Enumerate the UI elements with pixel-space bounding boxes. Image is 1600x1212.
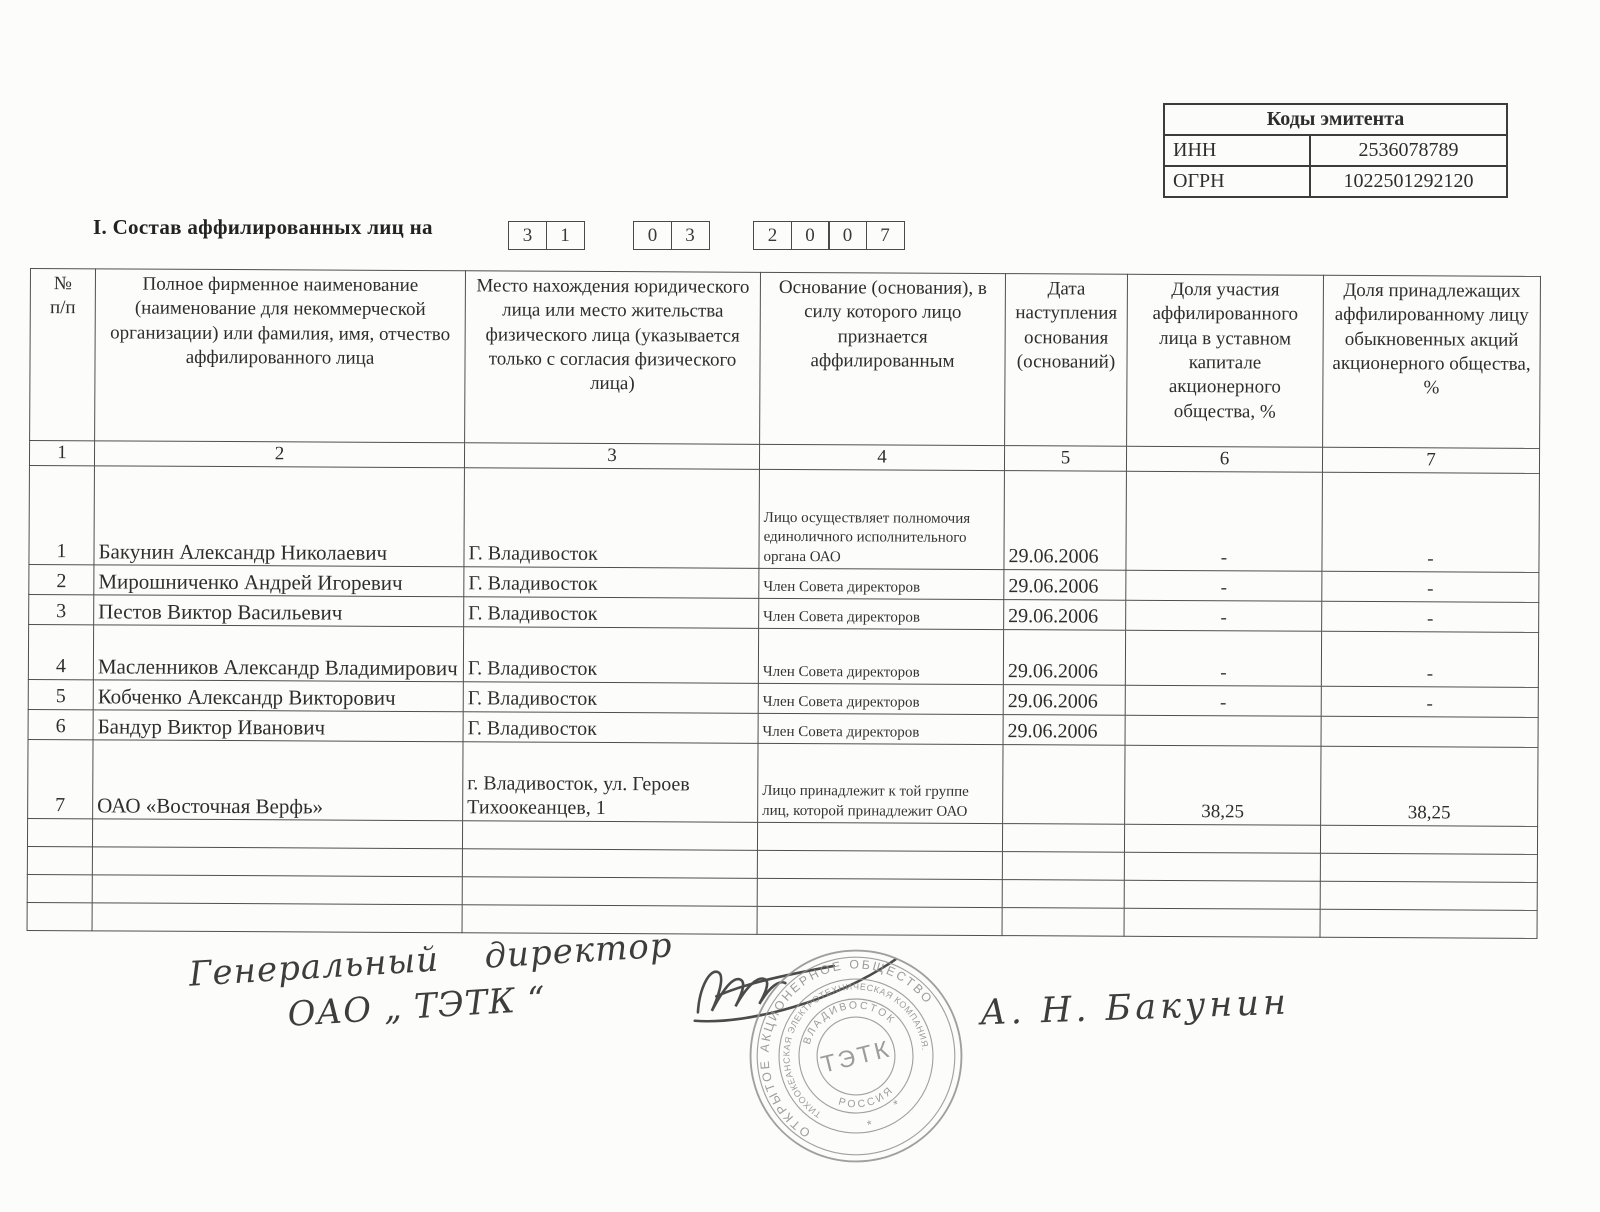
empty-cell (1124, 908, 1320, 937)
cell-date (1003, 745, 1125, 825)
table-row: ОГРН 1022501292120 (1164, 166, 1507, 197)
empty-cell (757, 822, 1002, 851)
cell-share-stock (1321, 716, 1538, 747)
stamp-center-text: ТЭТК (818, 1035, 894, 1078)
table-row: Коды эмитента (1164, 104, 1507, 135)
cell-share-capital: - (1126, 570, 1322, 601)
empty-cell (27, 818, 92, 846)
col-number: 4 (759, 444, 1004, 470)
cell-basis: Лицо осуществляет полномочия единоличног… (759, 469, 1005, 569)
cell-share-stock: - (1322, 601, 1539, 632)
empty-cell (1320, 909, 1537, 938)
cell-share-capital (1125, 715, 1321, 746)
col-number: 3 (464, 443, 759, 470)
cell-share-capital: - (1126, 471, 1323, 571)
inn-label: ИНН (1164, 135, 1310, 166)
date-digit-box: 1 (546, 221, 585, 250)
cell-name: Мирошниченко Андрей Игоревич (94, 565, 464, 597)
empty-cell (462, 849, 757, 879)
cell-name: Кобченко Александр Викторович (93, 680, 463, 712)
cell-name: Пестов Виктор Васильевич (94, 595, 464, 627)
cell-name: Масленников Александр Владимирович (93, 625, 463, 682)
cell-name: Бандур Виктор Иванович (93, 710, 463, 742)
cell-basis: Член Совета директоров (759, 568, 1004, 599)
scanned-document-page: Коды эмитента ИНН 2536078789 ОГРН 102250… (0, 0, 1600, 1212)
cell-basis: Член Совета директоров (758, 628, 1003, 684)
date-digit-box: 7 (866, 221, 905, 250)
cell-share-capital: 38,25 (1125, 745, 1321, 825)
empty-cell (1124, 880, 1320, 909)
col-header-location: Место нахождения юридического лица или м… (465, 271, 761, 445)
table-row: 1 Бакунин Александр Николаевич Г. Владив… (29, 465, 1539, 572)
empty-cell (462, 877, 757, 907)
issuer-codes-table: Коды эмитента ИНН 2536078789 ОГРН 102250… (1163, 103, 1508, 198)
cell-num: 7 (28, 739, 93, 818)
issuer-codes-title: Коды эмитента (1164, 104, 1507, 135)
empty-cell (27, 874, 92, 902)
empty-cell (1124, 852, 1320, 881)
col-number: 6 (1126, 446, 1322, 472)
cell-num: 5 (28, 679, 93, 709)
cell-basis: Член Совета директоров (759, 598, 1004, 629)
empty-cell (757, 878, 1002, 907)
cell-share-capital: - (1125, 685, 1321, 716)
handwritten-signer-name: А. Н. Бакунин (979, 983, 1290, 1034)
cell-share-capital: - (1125, 630, 1321, 686)
col-number: 7 (1322, 447, 1539, 473)
cell-share-stock: - (1322, 571, 1539, 602)
empty-cell (92, 847, 462, 877)
empty-cell (1320, 825, 1537, 854)
cell-share-stock: - (1322, 472, 1540, 572)
empty-cell (1124, 824, 1320, 853)
date-digit-box: 0 (633, 221, 672, 250)
empty-cell (92, 903, 462, 933)
date-digit-box: 0 (828, 221, 867, 250)
affiliated-persons-table: № п/п Полное фирменное наименование (наи… (27, 268, 1541, 939)
date-digit-box: 2 (753, 221, 792, 250)
col-header-share-stock: Доля принадлежащих аффилированному лицу … (1323, 275, 1541, 448)
empty-cell (1320, 881, 1537, 910)
cell-location: Г. Владивосток (463, 627, 758, 684)
cell-date: 29.06.2006 (1003, 685, 1125, 716)
col-header-date: Дата наступления основания (оснований) (1005, 274, 1128, 447)
date-year-boxes: 2 0 0 7 (753, 221, 905, 250)
stamp-star: * (866, 1117, 874, 1132)
col-header-num: № п/п (30, 269, 96, 441)
col-number: 2 (94, 441, 464, 468)
cell-location: Г. Владивосток (464, 597, 759, 629)
date-day-boxes: 3 1 (508, 221, 585, 250)
col-header-name: Полное фирменное наименование (наименова… (95, 269, 466, 443)
table-row: 4 Масленников Александр Владимирович Г. … (28, 624, 1538, 687)
cell-location: г. Владивосток, ул. Героев Тихоокеанцев,… (463, 742, 758, 823)
cell-basis: Лицо принадлежит к той группе лиц, котор… (758, 743, 1003, 823)
cell-num: 3 (29, 594, 94, 624)
cell-location: Г. Владивосток (464, 468, 760, 569)
section-title: I. Состав аффилированных лиц на (93, 215, 433, 240)
inn-value: 2536078789 (1310, 135, 1507, 166)
cell-share-capital: - (1126, 600, 1322, 631)
cell-share-stock: - (1321, 686, 1538, 717)
empty-cell (757, 850, 1002, 879)
ogrn-label: ОГРН (1164, 166, 1310, 197)
empty-cell (1002, 824, 1124, 853)
col-header-basis: Основание (основания), в силу которого л… (760, 272, 1006, 445)
cell-location: Г. Владивосток (464, 567, 759, 599)
handwritten-signer-title: Генеральный директор ОАО „ ТЭТК “ (188, 925, 677, 1040)
empty-cell (1002, 852, 1124, 881)
cell-share-stock: 38,25 (1321, 746, 1538, 826)
col-number: 5 (1004, 446, 1126, 472)
empty-cell (92, 819, 462, 849)
cell-num: 1 (29, 465, 95, 564)
empty-cell (1002, 908, 1124, 937)
cell-name: ОАО «Восточная Верфь» (93, 740, 463, 821)
cell-basis: Член Совета директоров (758, 683, 1003, 714)
cell-num: 4 (28, 624, 93, 679)
cell-date: 29.06.2006 (1004, 570, 1126, 601)
empty-cell (27, 846, 92, 874)
cell-date: 29.06.2006 (1003, 715, 1125, 746)
date-digit-box: 3 (671, 221, 710, 250)
cell-location: Г. Владивосток (463, 682, 758, 714)
cell-share-stock: - (1321, 631, 1538, 687)
empty-cell (1320, 853, 1537, 882)
col-number: 1 (29, 441, 94, 466)
empty-cell (1002, 880, 1124, 909)
col-header-share-capital: Доля участия аффилированного лица в уста… (1127, 274, 1324, 447)
empty-cell (757, 906, 1002, 935)
date-digit-box: 3 (508, 221, 547, 250)
table-header-row: № п/п Полное фирменное наименование (наи… (30, 269, 1541, 449)
cell-date: 29.06.2006 (1004, 471, 1127, 571)
cell-location: Г. Владивосток (463, 712, 758, 744)
cell-num: 6 (28, 709, 93, 739)
empty-cell (27, 902, 92, 930)
ogrn-value: 1022501292120 (1310, 166, 1507, 197)
table-row: 7 ОАО «Восточная Верфь» г. Владивосток, … (28, 739, 1538, 826)
empty-cell (462, 821, 757, 851)
cell-date: 29.06.2006 (1004, 600, 1126, 631)
empty-cell (92, 875, 462, 905)
date-digit-box: 0 (791, 221, 830, 250)
cell-name: Бакунин Александр Николаевич (94, 466, 465, 567)
stamp-star: * (892, 1097, 900, 1112)
cell-num: 2 (29, 564, 94, 594)
table-row: ИНН 2536078789 (1164, 135, 1507, 166)
date-month-boxes: 0 3 (633, 221, 710, 250)
cell-basis: Член Совета директоров (758, 713, 1003, 744)
cell-date: 29.06.2006 (1003, 630, 1125, 686)
